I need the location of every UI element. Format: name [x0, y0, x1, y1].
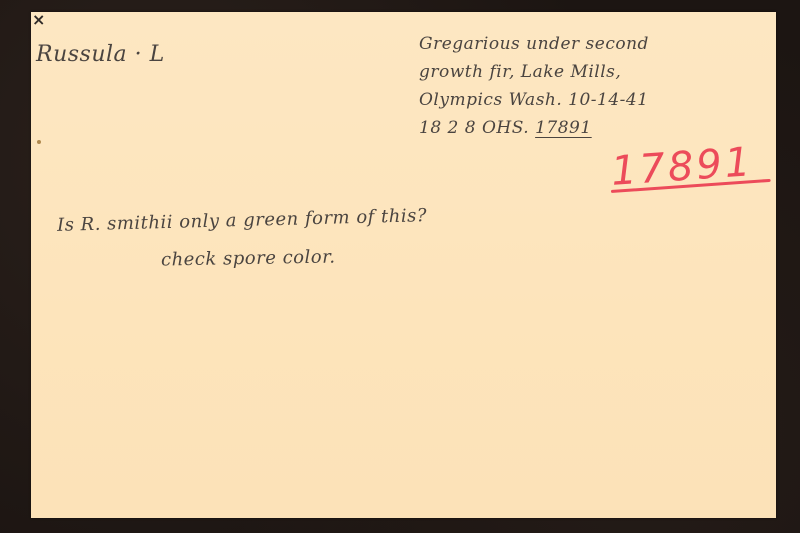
collector-number: 17891 [535, 118, 592, 138]
herbarium-index-card: × Russula · L Gregarious under second gr… [31, 12, 776, 518]
collector-line: 18 2 8 OHS. 17891 [419, 114, 649, 142]
field-notes: Gregarious under second growth fir, Lake… [419, 30, 649, 142]
field-note-line: Gregarious under second [419, 30, 649, 58]
field-note-line: growth fir, Lake Mills, [419, 58, 649, 86]
remark-line: Is R. smithii only a green form of this? [57, 205, 427, 236]
field-note-line: Olympics Wash. 10-14-41 [419, 86, 649, 114]
genus-label: Russula · L [36, 42, 165, 67]
paper-speck [37, 140, 41, 144]
remark-line: check spore color. [161, 246, 336, 270]
x-mark: × [32, 10, 46, 29]
collector-prefix: 18 2 8 OHS. [419, 118, 529, 138]
